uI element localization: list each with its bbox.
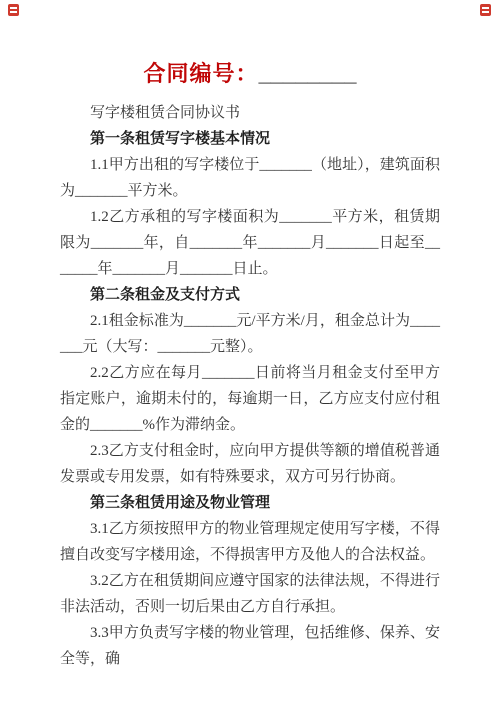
contract-number-label: 合同编号： <box>144 61 259 86</box>
paragraph: 3.1乙方须按照甲方的物业管理规定使用写字楼，不得擅自改变写字楼用途，不得损害甲… <box>60 516 440 568</box>
paragraph: 写字楼租赁合同协议书 <box>60 100 440 126</box>
section-heading: 第二条租金及支付方式 <box>60 282 440 308</box>
paragraph: 1.1甲方出租的写字楼位于_______（地址），建筑面积为_______平方米… <box>60 152 440 204</box>
red-corner-mark-icon <box>8 4 19 16</box>
red-corner-mark-icon <box>480 4 491 16</box>
paragraph: 2.3乙方支付租金时，应向甲方提供等额的增值税普通发票或专用发票，如有特殊要求，… <box>60 438 440 490</box>
paragraph: 2.1租金标准为_______元/平方米/月，租金总计为_______元（大写：… <box>60 308 440 360</box>
section-heading: 第三条租赁用途及物业管理 <box>60 490 440 516</box>
paragraph: 3.2乙方在租赁期间应遵守国家的法律法规，不得进行非法活动，否则一切后果由乙方自… <box>60 568 440 620</box>
contract-number-blank: ________ <box>259 61 357 86</box>
paragraph: 3.3甲方负责写字楼的物业管理，包括维修、保养、安全等，确 <box>60 620 440 672</box>
paragraph: 2.2乙方应在每月_______日前将当月租金支付至甲方指定账户，逾期未付的，每… <box>60 360 440 438</box>
contract-body: 写字楼租赁合同协议书第一条租赁写字楼基本情况1.1甲方出租的写字楼位于_____… <box>60 100 440 672</box>
section-heading: 第一条租赁写字楼基本情况 <box>60 126 440 152</box>
document-page: 合同编号：________ 写字楼租赁合同协议书第一条租赁写字楼基本情况1.1甲… <box>0 0 500 707</box>
paragraph: 1.2乙方承租的写字楼面积为_______平方米，租赁期限为_______年，自… <box>60 204 440 282</box>
contract-number-title: 合同编号：________ <box>0 0 500 90</box>
